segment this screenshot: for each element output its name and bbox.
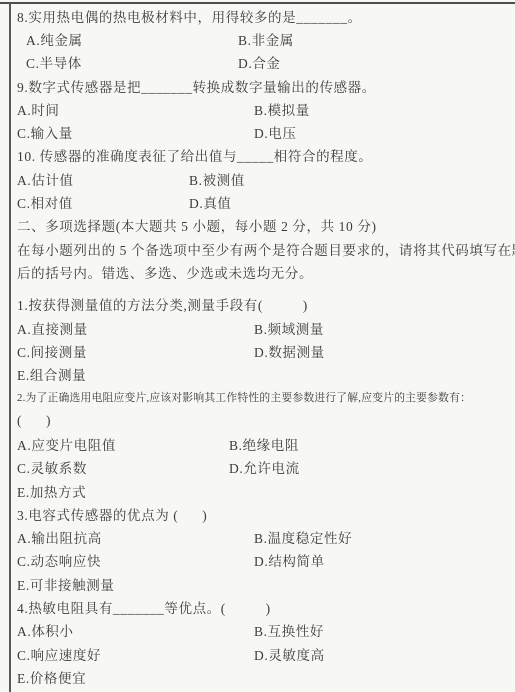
- option-4b: B.互换性好: [254, 620, 324, 640]
- option-1e: E.组合测量: [17, 362, 511, 385]
- option-2e: E.加热方式: [17, 479, 511, 502]
- option-8d: D.合金: [238, 52, 281, 72]
- option-2a: A.应变片电阻值: [17, 434, 229, 454]
- option-8b: B.非金属: [238, 29, 294, 49]
- option-4c: C.响应速度好: [17, 644, 254, 664]
- section-2-heading: 二、多项选择题(本大题共 5 小题，每小题 2 分，共 10 分): [17, 214, 511, 237]
- option-4e: E.价格便宜: [17, 665, 511, 688]
- mc-question-4-stem: 4.热敏电阻具有_______等优点。( ): [17, 595, 511, 618]
- option-2d: D.允许电流: [229, 457, 300, 477]
- option-10b: B.被测值: [189, 169, 245, 189]
- option-10c: C.相对值: [17, 192, 189, 212]
- option-8c: C.半导体: [26, 52, 238, 72]
- option-9b: B.模拟量: [254, 99, 310, 119]
- option-4a: A.体积小: [17, 620, 254, 640]
- section-2-instruction-line-1: 在每小题列出的 5 个备选项中至少有两个是符合题目要求的，请将其代码填写在题: [17, 237, 511, 260]
- option-3c: C.动态响应快: [17, 550, 254, 570]
- mc-question-4-options-row: A.体积小 B.互换性好: [17, 619, 511, 642]
- question-8-options-row: A.纯金属 B.非金属: [17, 27, 511, 50]
- scanned-exam-page: 8.实用热电偶的热电极材料中，用得较多的是_______。 A.纯金属 B.非金…: [0, 0, 515, 692]
- question-8-stem: 8.实用热电偶的热电极材料中，用得较多的是_______。: [17, 4, 511, 27]
- mc-question-2-options-row: C.灵敏系数 D.允许电流: [17, 456, 511, 479]
- section-2-instruction-line-2: 后的括号内。错选、多选、少选或未选均无分。: [17, 260, 511, 283]
- option-1a: A.直接测量: [17, 318, 254, 338]
- mc-question-1-options-row: C.间接测量 D.数据测量: [17, 339, 511, 362]
- question-10-options-row: C.相对值 D.真值: [17, 190, 511, 213]
- mc-question-2-options-row: A.应变片电阻值 B.绝缘电阻: [17, 432, 511, 455]
- option-2c: C.灵敏系数: [17, 457, 229, 477]
- mc-question-3-options-row: C.动态响应快 D.结构简单: [17, 549, 511, 572]
- option-2b: B.绝缘电阻: [229, 434, 299, 454]
- option-1b: B.频域测量: [254, 318, 324, 338]
- mc-question-2-answer-paren: ( ): [17, 409, 511, 432]
- option-9c: C.输入量: [17, 122, 254, 142]
- question-9-options-row: A.时间 B.模拟量: [17, 97, 511, 120]
- option-8a: A.纯金属: [26, 29, 238, 49]
- option-3a: A.输出阻抗高: [17, 527, 254, 547]
- exam-content: 8.实用热电偶的热电极材料中，用得较多的是_______。 A.纯金属 B.非金…: [17, 4, 511, 689]
- option-3e: E.可非接触测量: [17, 572, 511, 595]
- question-9-stem: 9.数字式传感器是把_______转换成数字量输出的传感器。: [17, 74, 511, 97]
- option-10d: D.真值: [189, 192, 232, 212]
- option-1d: D.数据测量: [254, 341, 325, 361]
- option-3b: B.温度稳定性好: [254, 527, 352, 547]
- option-3d: D.结构简单: [254, 550, 325, 570]
- question-9-options-row: C.输入量 D.电压: [17, 120, 511, 143]
- option-4d: D.灵敏度高: [254, 644, 325, 664]
- mc-question-1-options-row: A.直接测量 B.频域测量: [17, 316, 511, 339]
- option-1c: C.间接测量: [17, 341, 254, 361]
- option-9d: D.电压: [254, 122, 297, 142]
- option-9a: A.时间: [17, 99, 254, 119]
- mc-question-3-options-row: A.输出阻抗高 B.温度稳定性好: [17, 526, 511, 549]
- question-10-stem: 10. 传感器的准确度表征了给出值与_____相符合的程度。: [17, 144, 511, 167]
- mc-question-4-options-row: C.响应速度好 D.灵敏度高: [17, 642, 511, 665]
- option-10a: A.估计值: [17, 169, 189, 189]
- page-left-rule: [9, 3, 11, 692]
- question-8-options-row: C.半导体 D.合金: [17, 51, 511, 74]
- question-10-options-row: A.估计值 B.被测值: [17, 167, 511, 190]
- mc-question-2-stem: 2.为了正确选用电阻应变片,应该对影响其工作特性的主要参数进行了解,应变片的主要…: [17, 386, 511, 409]
- mc-question-1-stem: 1.按获得测量值的方法分类,测量手段有( ): [17, 293, 511, 316]
- mc-question-3-stem: 3.电容式传感器的优点为 ( ): [17, 502, 511, 525]
